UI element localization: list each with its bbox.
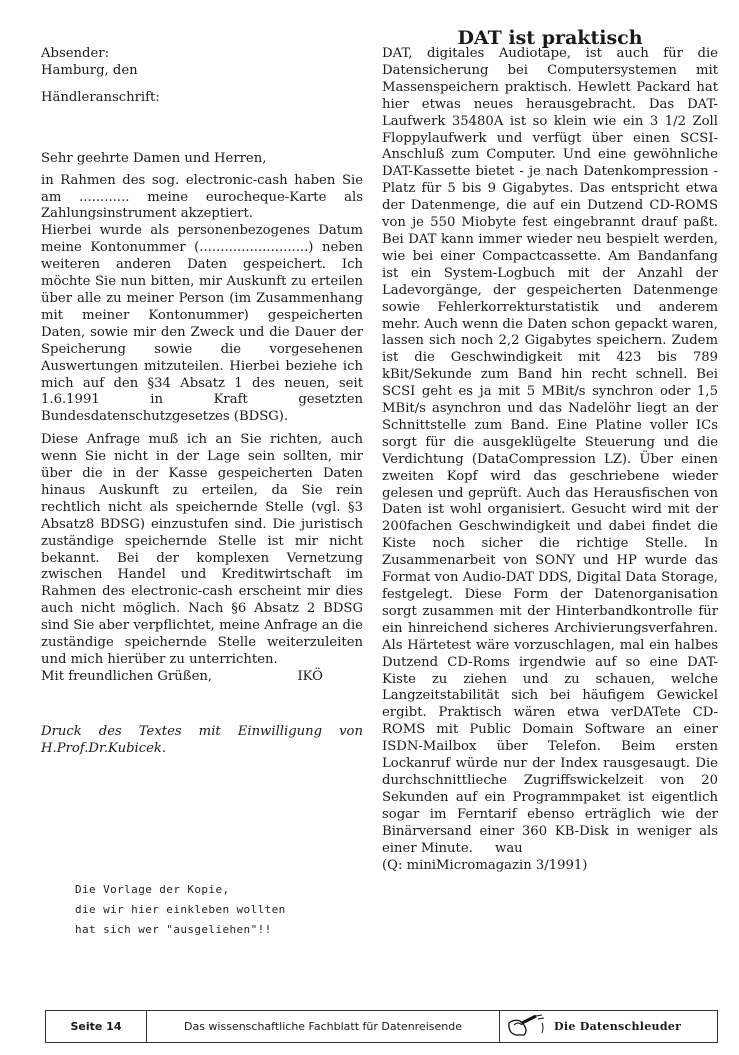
footer-logo: Die Datenschleuder (500, 1011, 717, 1042)
place-date: Hamburg, den (41, 63, 363, 80)
hand-holding-plug-icon (506, 1013, 550, 1040)
page-number: Seite 14 (46, 1011, 147, 1042)
article-column: DAT, digitales Audiotape, ist auch für d… (382, 46, 718, 874)
page-footer: Seite 14 Das wissenschaftliche Fachblatt… (45, 1010, 718, 1043)
letter-column: Absender: Hamburg, den Händleranschrift:… (41, 46, 363, 758)
logo-text: Die Datenschleuder (554, 1020, 681, 1033)
typewriter-line-2: die wir hier einkleben wollten (75, 900, 286, 920)
article-title: DAT ist praktisch (382, 28, 718, 48)
salutation: Sehr geehrte Damen und Herren, (41, 151, 363, 168)
typewriter-line-1: Die Vorlage der Kopie, (75, 880, 286, 900)
permission-note: Druck des Textes mit Einwilligung von H.… (41, 724, 363, 758)
sender-label: Absender: (41, 46, 363, 63)
closing: Mit freundlichen Grüßen, (41, 669, 212, 686)
closing-row: Mit freundlichen Grüßen, IKÖ (41, 669, 363, 686)
article-body-text: DAT, digitales Audiotape, ist auch für d… (382, 46, 718, 856)
letter-paragraph-3: Diese Anfrage muß ich an Sie richten, au… (41, 432, 363, 669)
article-body: DAT, digitales Audiotape, ist auch für d… (382, 46, 718, 858)
letter-paragraph-2: Hierbei wurde als personenbezogenes Datu… (41, 223, 363, 426)
article-author: wau (495, 841, 523, 856)
letter-paragraph-1: in Rahmen des sog. electronic-cash haben… (41, 173, 363, 224)
merchant-address-label: Händleranschrift: (41, 90, 363, 107)
typewriter-note: Die Vorlage der Kopie, die wir hier eink… (75, 880, 286, 940)
typewriter-line-3: hat sich wer "ausgeliehen"!! (75, 920, 286, 940)
signature: IKÖ (297, 669, 323, 686)
footer-tagline: Das wissenschaftliche Fachblatt für Date… (147, 1011, 500, 1042)
article-source: (Q: miniMicromagazin 3/1991) (382, 858, 718, 875)
